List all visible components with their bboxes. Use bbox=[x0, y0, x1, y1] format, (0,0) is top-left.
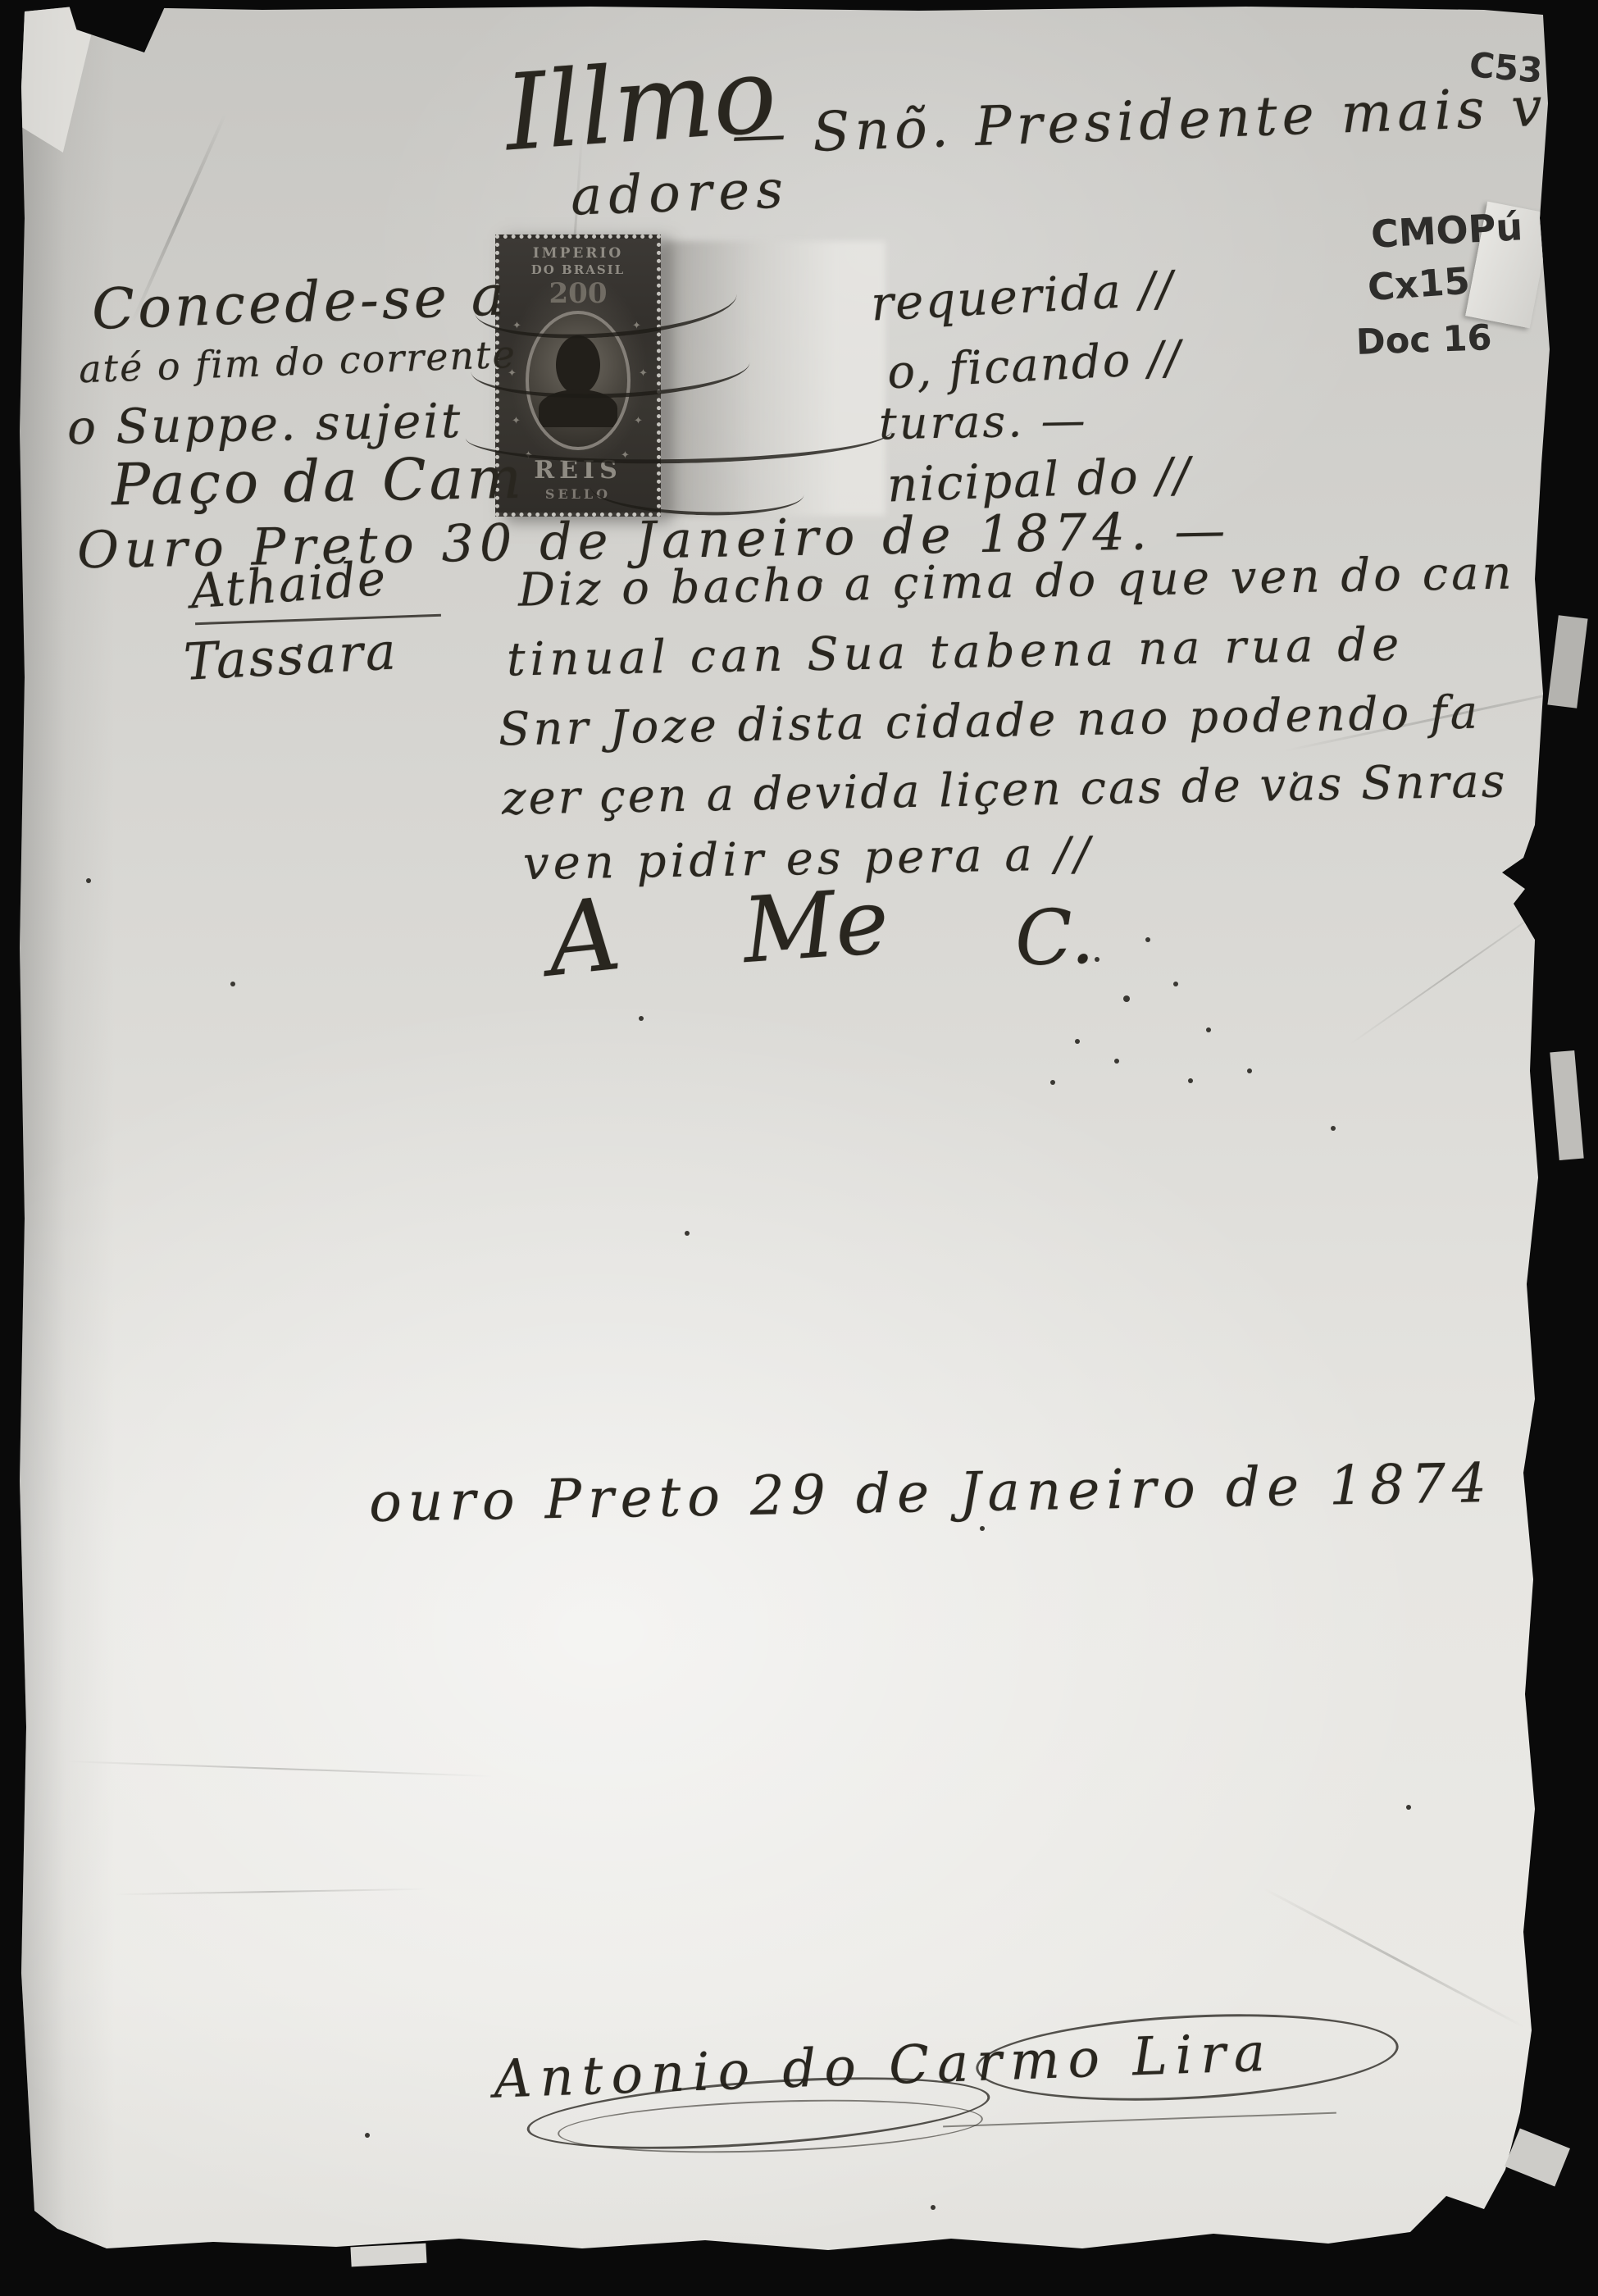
archival-fonds: CMOPú bbox=[1370, 207, 1523, 253]
despacho-line4-right: nicipal do // bbox=[886, 451, 1192, 509]
torn-fragment bbox=[350, 2244, 426, 2267]
scan-background: { "page": { "heading": { "salutation": "… bbox=[0, 0, 1598, 2296]
star-icon: ✦ bbox=[512, 416, 521, 426]
despacho-line2-left: até o fim do corrente bbox=[78, 335, 517, 389]
initial-c: C. bbox=[1013, 899, 1095, 977]
despacho-line3-right: turas. — bbox=[879, 399, 1088, 446]
torn-fragment bbox=[1547, 615, 1587, 708]
torn-fragment bbox=[1505, 2128, 1570, 2186]
petition-line4: zer çen a devida liçen cas de vas Snras bbox=[502, 758, 1508, 822]
heading-line2: adores bbox=[570, 163, 790, 223]
archival-corner-code: C53 bbox=[1468, 48, 1544, 89]
crease-line bbox=[115, 1888, 426, 1896]
heading-line1: — Snõ. Presidente mais verea bbox=[731, 75, 1598, 163]
star-icon: ✦ bbox=[634, 416, 643, 426]
torn-fragment bbox=[1550, 1050, 1583, 1160]
dateline: ouro Preto 29 de Janeiro de 1874 bbox=[369, 1456, 1494, 1530]
ink-speckles bbox=[16, 5, 20, 8]
crease-line bbox=[1350, 902, 1553, 1045]
signature-flourish bbox=[943, 2112, 1336, 2128]
crease-line bbox=[1263, 1888, 1524, 2029]
despacho-line4-left: Paço da Cam bbox=[111, 449, 525, 514]
initial-a: A bbox=[543, 884, 625, 991]
despacho-line2-right: o, ficando // bbox=[886, 335, 1183, 397]
document-page: Illmo — Snõ. Presidente mais verea adore… bbox=[16, 5, 1555, 2265]
archival-doc: Doc 16 bbox=[1355, 321, 1492, 361]
despacho-line1-right: requerida // bbox=[870, 264, 1176, 327]
initial-me: Me bbox=[740, 876, 891, 976]
petition-line2: tinual can Sua tabena na rua de bbox=[507, 622, 1405, 683]
petition-line3: Snr Joze dista cidade nao podendo fa bbox=[499, 690, 1482, 754]
stamp-country-line2: DO BRASIL bbox=[499, 264, 657, 276]
margin-signature-athaide: Athaide bbox=[189, 554, 389, 616]
signature-flourish bbox=[974, 2005, 1401, 2111]
despacho-line3-left: o Suppe. sujeit bbox=[67, 397, 463, 451]
stamp-country-line1: IMPERIO bbox=[499, 247, 657, 261]
archival-box: Cx15 bbox=[1367, 262, 1472, 307]
margin-signature-tassara: Tassara bbox=[183, 626, 400, 688]
crease-line bbox=[66, 1761, 492, 1777]
despacho-line1-left: Concede-se a bbox=[91, 268, 508, 339]
